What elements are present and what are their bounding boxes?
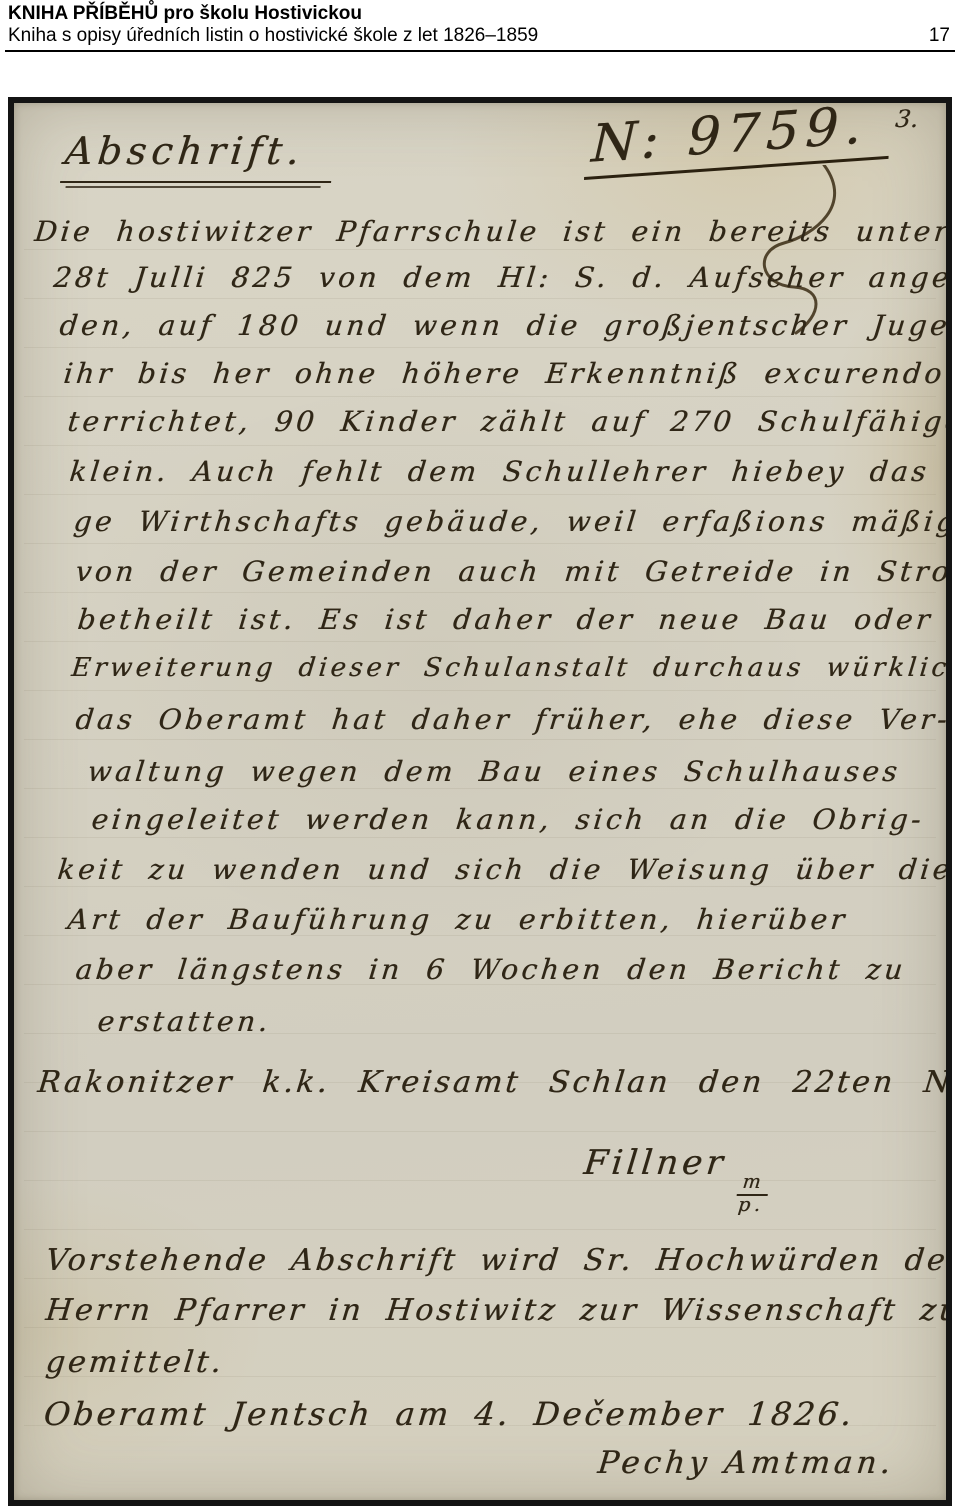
closing-line: Vorstehende Abschrift wird Sr. Hochwürde… xyxy=(44,1243,952,1278)
manuscript-line: keit zu wenden und sich die Weisung über… xyxy=(56,853,952,886)
manuscript-line: Die hostiwitzer Pfarrschule ist ein bere… xyxy=(33,215,952,248)
manuscript-line: terrichtet, 90 Kinder zählt auf 270 Schu… xyxy=(66,405,952,438)
manuscript-line: erstatten. xyxy=(96,1005,273,1038)
corner-folio-mark: 3. xyxy=(894,105,920,133)
dateline: Rakonitzer k.k. Kreisamt Schlan den 22te… xyxy=(36,1065,952,1100)
closing-line: Herrn Pfarrer in Hostiwitz zur Wissensch… xyxy=(44,1293,952,1328)
manu-propria-mark: mp. xyxy=(735,1173,770,1216)
manuscript-line: Erweiterung dieser Schulanstalt durchaus… xyxy=(70,653,952,683)
signature-amtmann: Pechy Amtman. xyxy=(596,1445,896,1481)
header-divider xyxy=(5,50,955,52)
closing-dateline: Oberamt Jentsch am 4. Dečember 1826. xyxy=(42,1395,856,1433)
page: { "header": { "title": "KNIHA PŘÍBĚHŮ pr… xyxy=(0,0,960,1506)
document-heading: Abschrift. xyxy=(60,129,336,183)
signature-fillner: Fillnermp. xyxy=(580,1143,773,1202)
signature-name: Fillner xyxy=(582,1143,729,1183)
page-title: KNIHA PŘÍBĚHŮ pro školu Hostivickou xyxy=(8,3,362,25)
register-number: N: 9759. xyxy=(584,97,890,180)
manuscript-scan: 3. N: 9759. Abschrift. Die hostiwitzer P… xyxy=(8,97,952,1506)
page-subtitle: Kniha s opisy úředních listin o hostivic… xyxy=(8,25,538,47)
closing-line: gemittelt. xyxy=(44,1345,226,1380)
manuscript-line: den, auf 180 und wenn die großjentscher … xyxy=(58,309,952,342)
manuscript-line: ge Wirthschafts gebäude, weil erfaßions … xyxy=(72,505,952,538)
manuscript-line: waltung wegen dem Bau eines Schulhauses xyxy=(86,755,902,788)
manuscript-line: von der Gemeinden auch mit Getreide in S… xyxy=(74,555,952,588)
manuscript-line: Art der Bauführung zu erbitten, hierüber xyxy=(66,903,849,936)
manuscript-line: betheilt ist. Es ist daher der neue Bau … xyxy=(76,603,952,636)
manuscript-line: 28t Julli 825 von dem Hl: S. d. Aufseher… xyxy=(52,261,952,294)
manuscript-line: klein. Auch fehlt dem Schullehrer hiebey… xyxy=(68,455,952,488)
manuscript-line: das Oberamt hat daher früher, ehe diese … xyxy=(74,703,952,736)
page-number: 17 xyxy=(929,25,950,47)
manuscript-line: eingeleitet werden kann, sich an die Obr… xyxy=(90,803,926,836)
manuscript-line: aber längstens in 6 Wochen den Bericht z… xyxy=(74,953,908,986)
manuscript-line: ihr bis her ohne höhere Erkenntniß excur… xyxy=(62,357,952,390)
